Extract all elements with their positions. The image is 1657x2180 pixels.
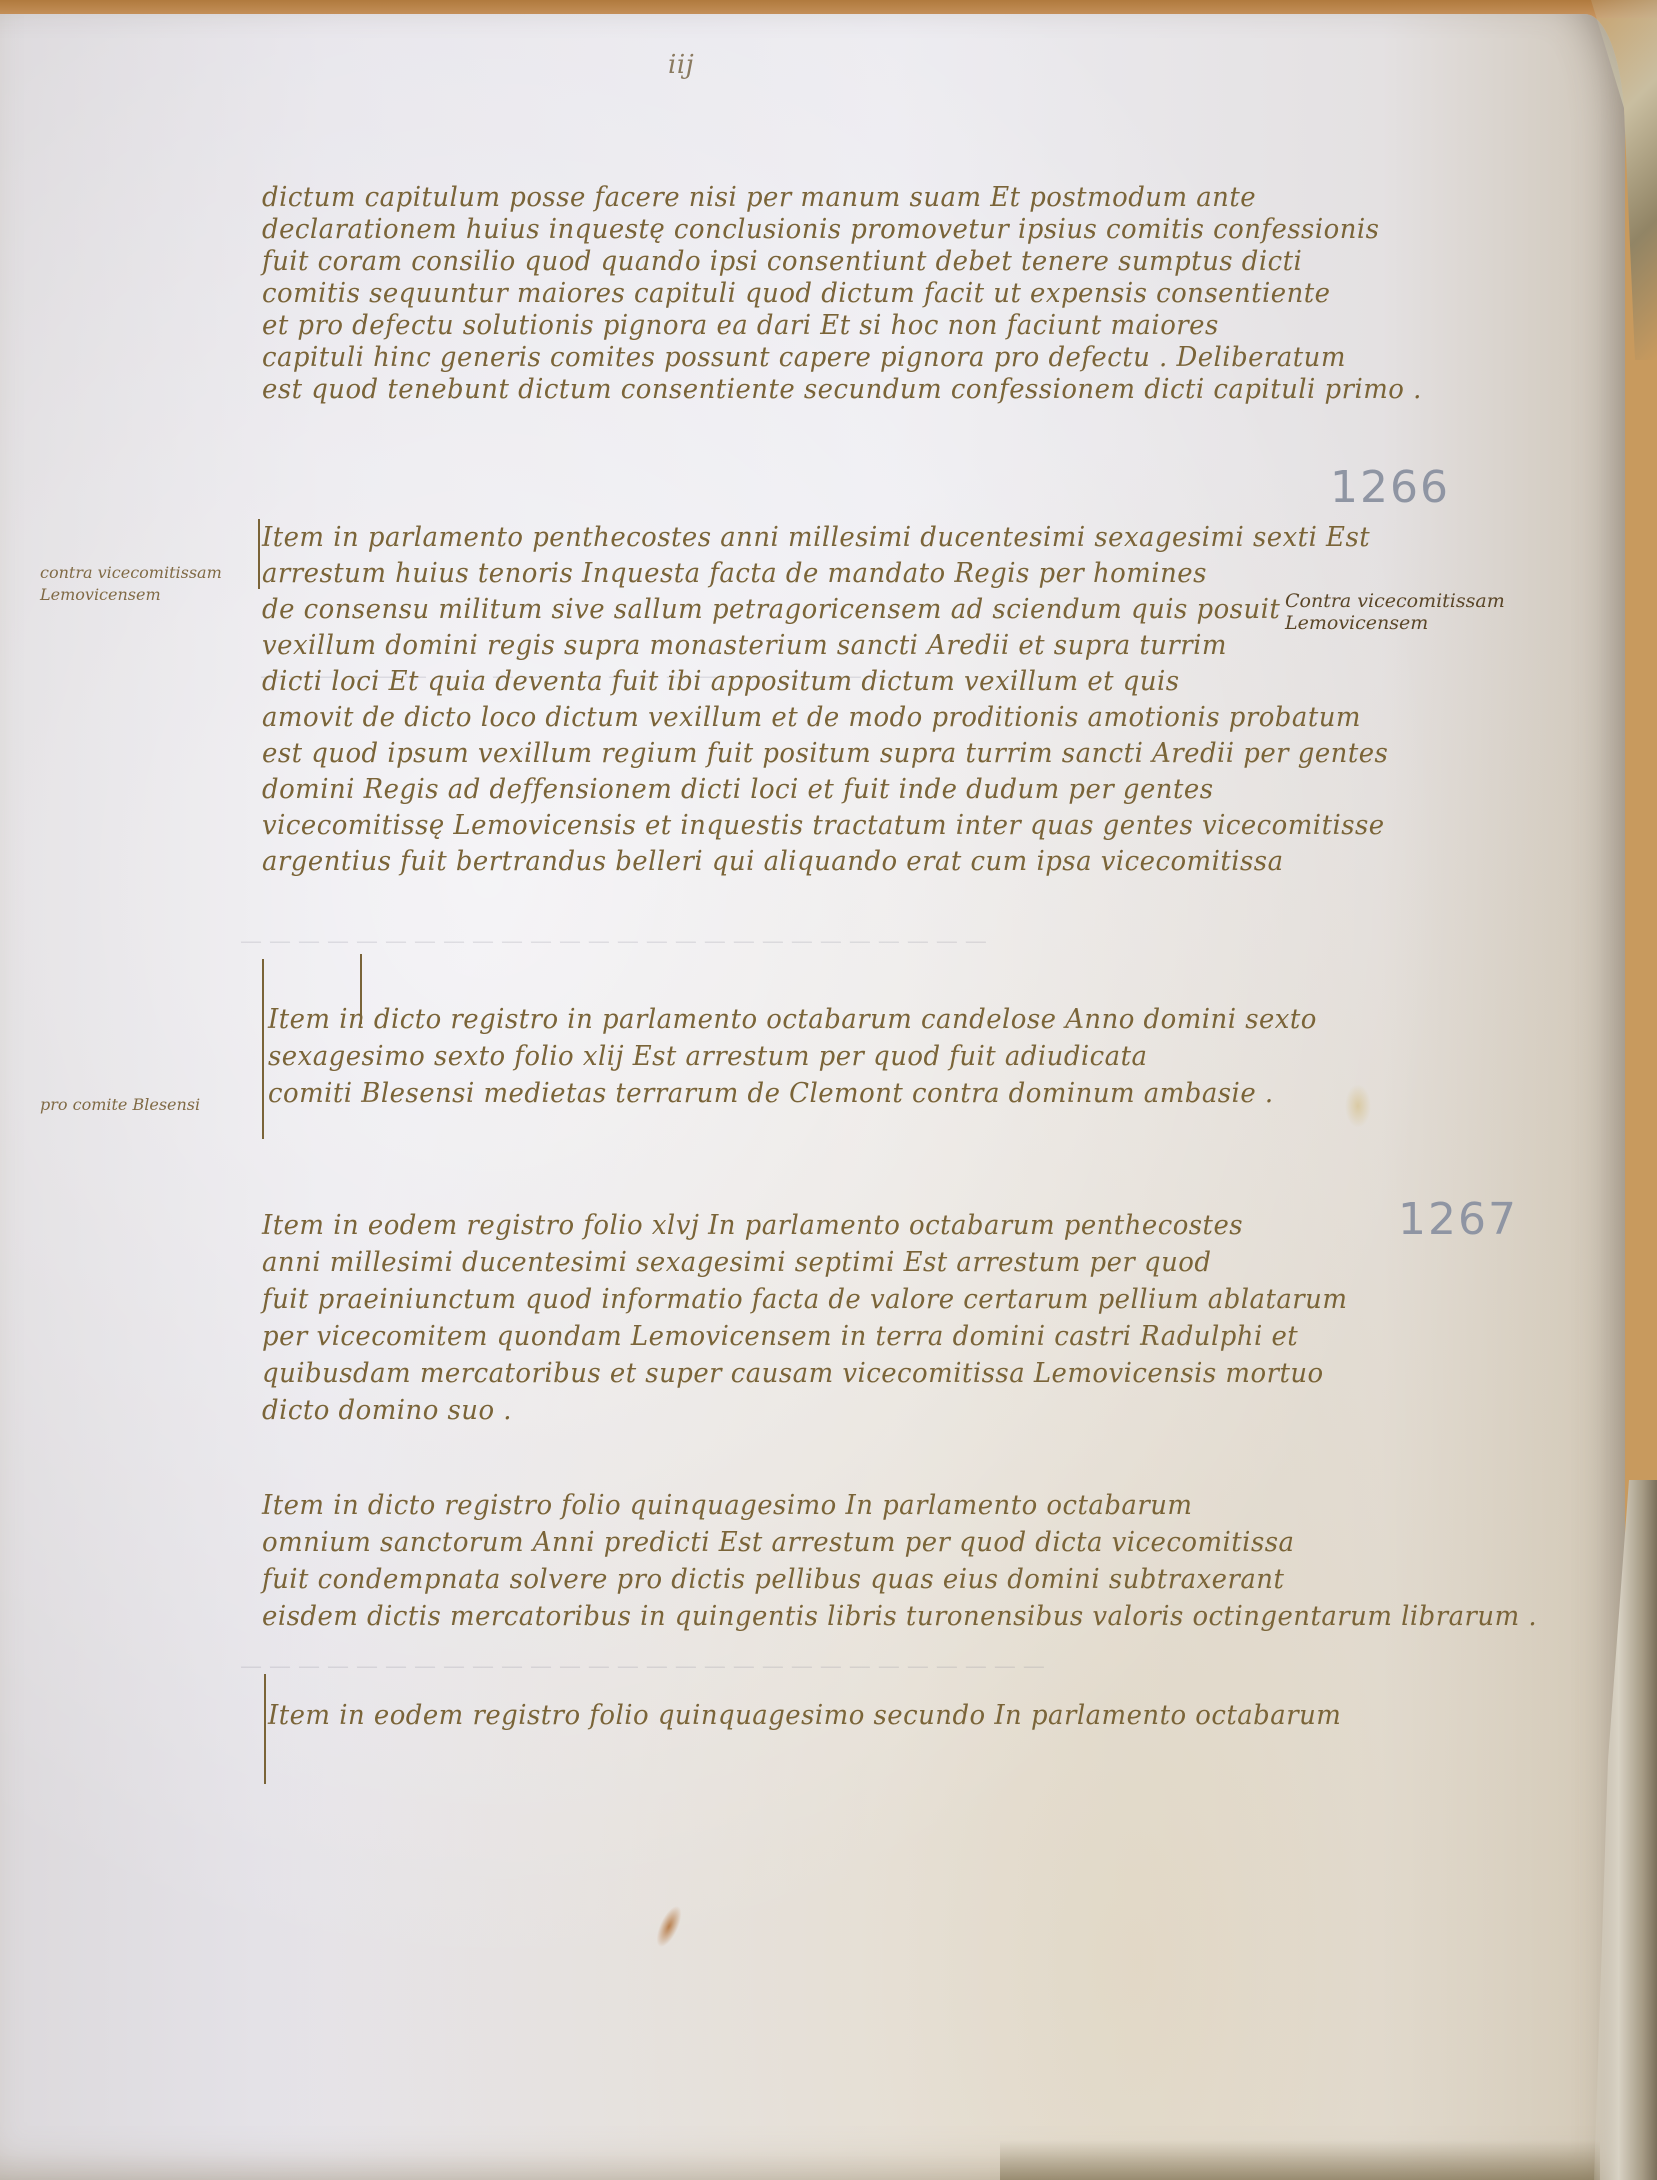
text-line: arrestum huius tenoris Inquesta facta de…: [262, 558, 1207, 590]
pencil-year-annotation: 1266: [1330, 462, 1450, 513]
text-line: et pro defectu solutionis pignora ea dar…: [262, 310, 1219, 342]
text-line: Item in dicto registro folio quinquagesi…: [262, 1490, 1192, 1522]
foxing-stain: [1345, 1084, 1371, 1128]
margin-note-left-top: contra vicecomitissam Lemovicensem: [40, 562, 222, 606]
text-line: domini Regis ad deffensionem dicti loci …: [262, 774, 1213, 806]
text-line: Item in dicto registro in parlamento oct…: [268, 1004, 1317, 1036]
text-line: dictum capitulum posse facere nisi per m…: [262, 182, 1256, 214]
initial-ascender: [258, 519, 260, 589]
text-line: Item in parlamento penthecostes anni mil…: [262, 522, 1370, 554]
text-line: Item in eodem registro folio xlvj In par…: [262, 1210, 1243, 1242]
text-line: est quod ipsum vexillum regium fuit posi…: [262, 738, 1388, 770]
text-line: anni millesimi ducentesimi sexagesimi se…: [262, 1247, 1211, 1279]
text-line: omnium sanctorum Anni predicti Est arres…: [262, 1527, 1294, 1559]
text-line: fuit coram consilio quod quando ipsi con…: [262, 246, 1302, 278]
text-line: comiti Blesensi medietas terrarum de Cle…: [268, 1078, 1274, 1110]
text-line: vicecomitissę Lemovicensis et inquestis …: [262, 810, 1385, 842]
text-line: fuit condempnata solvere pro dictis pell…: [262, 1564, 1284, 1596]
text-line: quibusdam mercatoribus et super causam v…: [262, 1358, 1324, 1390]
text-line: dicto domino suo .: [262, 1395, 512, 1427]
initial-ascender: [262, 959, 264, 1139]
text-line: capituli hinc generis comites possunt ca…: [262, 342, 1346, 374]
text-line: Item in eodem registro folio quinquagesi…: [268, 1700, 1341, 1732]
manuscript-folio: — — — — — — — — — — — — — — — — — — — — …: [0, 14, 1625, 2180]
text-line: amovit de dicto loco dictum vexillum et …: [262, 702, 1361, 734]
pencil-year-annotation: 1267: [1398, 1194, 1518, 1245]
margin-note-right-top: Contra vicecomitissam Lemovicensem: [1285, 590, 1625, 634]
text-line: sexagesimo sexto folio xlij Est arrestum…: [268, 1041, 1147, 1073]
text-line: eisdem dictis mercatoribus in quingentis…: [262, 1601, 1537, 1633]
initial-ascender: [264, 1674, 266, 1784]
text-line: vexillum domini regis supra monasterium …: [262, 630, 1227, 662]
text-line: fuit praeiniunctum quod informatio facta…: [262, 1284, 1347, 1316]
show-through-text: — — — — — — — — — — — — — — — — — — — — …: [240, 1654, 1045, 1679]
foxing-stain: [651, 1902, 686, 1950]
text-line: de consensu militum sive sallum petragor…: [262, 594, 1280, 626]
text-line: per vicecomitem quondam Lemovicensem in …: [262, 1321, 1298, 1353]
folio-number: iij: [668, 50, 694, 80]
text-line: comitis sequuntur maiores capituli quod …: [262, 278, 1330, 310]
margin-note-line: Lemovicensem: [40, 584, 222, 606]
text-line: declarationem huius inquestę conclusioni…: [262, 214, 1379, 246]
text-line: est quod tenebunt dictum consentiente se…: [262, 374, 1422, 406]
margin-note-left-middle: pro comite Blesensi: [40, 1094, 200, 1116]
text-line: argentius fuit bertrandus belleri qui al…: [262, 846, 1284, 878]
text-line: dicti loci Et quia deventa fuit ibi appo…: [262, 666, 1180, 698]
margin-note-line: contra vicecomitissam: [40, 562, 222, 584]
show-through-text: — — — — — — — — — — — — — — — — — — — — …: [240, 929, 987, 954]
page-edge-shadow: [1000, 2140, 1600, 2180]
